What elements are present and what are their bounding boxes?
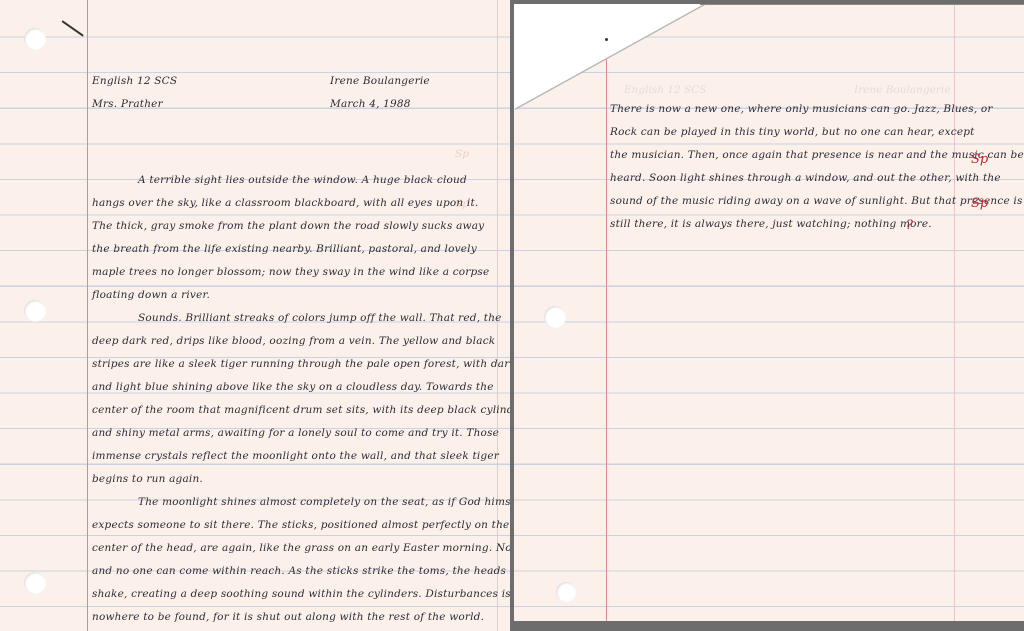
- text-line: The thick, gray smoke from the plant dow…: [92, 217, 492, 235]
- binder-hole: [24, 28, 46, 50]
- text-line: Sounds. Brilliant streaks of colors jump…: [92, 309, 492, 327]
- spelling-correction-mark: Sp: [971, 152, 988, 167]
- text-line: deep dark red, drips like blood, oozing …: [92, 332, 492, 350]
- text-line: the breath from the life existing nearby…: [92, 240, 492, 258]
- text-line: heard. Soon light shines through a windo…: [610, 169, 970, 187]
- spelling-correction-mark: Sp: [971, 196, 988, 211]
- bleed-through-author: Irene Boulangerie: [854, 84, 950, 96]
- text-line: floating down a river.: [92, 286, 492, 304]
- binder-hole: [24, 300, 46, 322]
- text-line: Rock can be played in this tiny world, b…: [610, 123, 970, 141]
- text-line: The moonlight shines almost completely o…: [92, 493, 492, 511]
- text-line: shake, creating a deep soothing sound wi…: [92, 585, 492, 603]
- text-line: and shiny metal arms, awaiting for a lon…: [92, 424, 492, 442]
- binder-hole: [544, 306, 566, 328]
- text-line: hangs over the sky, like a classroom bla…: [92, 194, 492, 212]
- text-line: expects someone to sit there. The sticks…: [92, 516, 492, 534]
- left-margin-line: [87, 0, 88, 631]
- left-notebook-page: English 12 SCS Irene Boulangerie Mrs. Pr…: [0, 0, 510, 631]
- binder-hole: [556, 582, 576, 602]
- pen-mark: [61, 20, 83, 37]
- scanner-background: [514, 621, 1024, 631]
- author-name: Irene Boulangerie: [330, 75, 430, 87]
- text-line: and light blue shining above like the sk…: [92, 378, 492, 396]
- question-mark-correction: ?: [906, 218, 913, 233]
- text-line: begins to run again.: [92, 470, 492, 488]
- text-line: sound of the music riding away on a wave…: [610, 192, 970, 210]
- text-line: maple trees no longer blossom; now they …: [92, 263, 492, 281]
- right-margin-line: [954, 4, 955, 625]
- teacher-name: Mrs. Prather: [92, 98, 163, 110]
- folded-page-corner: [514, 4, 704, 109]
- text-line: center of the head, are again, like the …: [92, 539, 492, 557]
- text-line: center of the room that magnificent drum…: [92, 401, 492, 419]
- margin-dot: [605, 38, 608, 41]
- text-line: stripes are like a sleek tiger running t…: [92, 355, 492, 373]
- text-line: A terrible sight lies outside the window…: [92, 171, 492, 189]
- text-line: still there, it is always there, just wa…: [610, 215, 970, 233]
- course-label: English 12 SCS: [92, 75, 177, 87]
- faded-correction-mark: Sp: [455, 148, 469, 160]
- date: March 4, 1988: [330, 98, 411, 110]
- text-line: and no one can come within reach. As the…: [92, 562, 492, 580]
- binder-hole: [24, 572, 46, 594]
- text-line: immense crystals reflect the moonlight o…: [92, 447, 492, 465]
- text-line: the musician. Then, once again that pres…: [610, 146, 970, 164]
- page-edge-shadow: [700, 4, 1024, 5]
- text-line: nowhere to be found, for it is shut out …: [92, 608, 492, 626]
